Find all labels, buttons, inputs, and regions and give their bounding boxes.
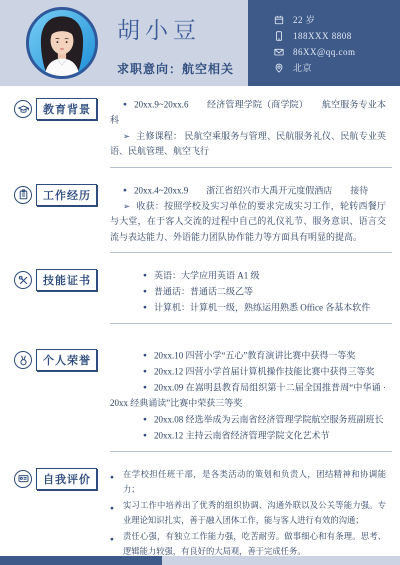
header: 胡小豆 求职意向：航空相关 22 岁 188XXX 8808	[0, 0, 400, 86]
bullet-dot: ●	[143, 384, 147, 391]
bullet-dot: ●	[110, 529, 123, 560]
clipboard-icon	[14, 186, 32, 204]
id-card-icon	[14, 470, 32, 488]
contact-age-text: 22 岁	[293, 13, 315, 26]
self-evaluation-item: ● 在学校担任班干部，是各类活动的策划和负责人，团结精神和协调能力；	[110, 467, 386, 498]
contact-email: 86XX@qq.com	[274, 45, 400, 58]
footer-bar-dark-segment	[0, 556, 162, 565]
work-item-text: 收获：按照学校及实习单位的要求完成实习工作，轮转西餐厅与大堂，在于客人交流的过程…	[110, 201, 386, 242]
honors-item-text: 20xx.12 四营小学首届计算机操作技能比赛中获得三等奖	[154, 367, 375, 377]
location-icon	[274, 63, 284, 73]
skills-heading: 技能证书	[14, 269, 110, 291]
self-evaluation-item-text: 责任心强，有独立工作能力强，吃苦耐劳。做事细心和有条理。思考、逻辑能力较强，有良…	[123, 529, 386, 560]
honors-item-text: 20xx.10 四营小学“五心”教育演讲比赛中获得一等奖	[154, 351, 356, 361]
education-content: ●20xx.9~20xx.6 经济管理学院（商学院） 航空服务专业本科 ➢主修课…	[110, 97, 392, 168]
contact-phone-text: 188XXX 8808	[293, 31, 352, 41]
bullet-dot: ●	[143, 288, 147, 295]
crossed-tools-icon	[14, 271, 32, 289]
bullet-arrow: ➢	[123, 131, 130, 141]
section-education: 教育背景 ●20xx.9~20xx.6 经济管理学院（商学院） 航空服务专业本科…	[14, 97, 392, 183]
education-heading: 教育背景	[14, 98, 110, 120]
self-evaluation-heading: 自我评价	[14, 468, 110, 490]
honors-title: 个人荣誉	[36, 349, 97, 371]
self-evaluation-content: ● 在学校担任班干部，是各类活动的策划和负责人，团结精神和协调能力； ● 实习工…	[110, 467, 392, 560]
section-honors: 个人荣誉 ●20xx.10 四营小学“五心”教育演讲比赛中获得一等奖 ●20xx…	[14, 348, 392, 467]
contact-email-text: 86XX@qq.com	[293, 47, 356, 57]
honors-content: ●20xx.10 四营小学“五心”教育演讲比赛中获得一等奖 ●20xx.12 四…	[110, 348, 392, 452]
honors-heading: 个人荣誉	[14, 349, 110, 371]
self-evaluation-item: ● 实习工作中培养出了优秀的组织协调、沟通外联以及公关等能力强。专业理论知识扎实…	[110, 498, 386, 529]
phone-icon	[274, 31, 284, 41]
contact-location-text: 北京	[293, 61, 312, 74]
candidate-name: 胡小豆	[117, 12, 201, 45]
resume-body: 教育背景 ●20xx.9~20xx.6 经济管理学院（商学院） 航空服务专业本科…	[0, 86, 400, 560]
contact-location: 北京	[274, 61, 400, 74]
contact-phone: 188XXX 8808	[274, 29, 400, 42]
contact-age: 22 岁	[274, 13, 400, 26]
work-item-text: 20xx.4~20xx.9 浙江省绍兴市大禹开元度假酒店 接待	[134, 185, 368, 195]
honors-item-text: 20xx.08 经选举成为云南省经济管理学院航空服务班副班长	[154, 414, 384, 424]
skills-item-text: 英语：大学应用英语 A1 级	[154, 271, 260, 281]
education-title: 教育背景	[36, 98, 97, 120]
job-intention: 求职意向：航空相关	[117, 60, 234, 77]
bullet-dot: ●	[143, 272, 147, 279]
bullet-dot: ●	[143, 416, 147, 423]
honors-item-text: 20xx.12 主持云南省经济管理学院文化艺术节	[154, 430, 330, 440]
bullet-dot: ●	[143, 352, 147, 359]
honors-item: ●20xx.12 主持云南省经济管理学院文化艺术节	[110, 428, 386, 444]
bullet-dot: ●	[110, 467, 123, 498]
footer-bar-light-segment	[162, 556, 400, 565]
mail-icon	[274, 47, 284, 57]
calendar-icon	[274, 15, 284, 25]
graduation-cap-icon	[14, 100, 32, 118]
self-evaluation-item-text: 实习工作中培养出了优秀的组织协调、沟通外联以及公关等能力强。专业理论知识扎实，善…	[123, 498, 386, 529]
honors-item-text: 20xx.09 在嵩明县教育局组织第十二届全国推普周“中华诵 · 20xx 经典…	[110, 383, 386, 409]
bullet-dot: ●	[123, 101, 127, 108]
bullet-arrow: ➢	[123, 201, 130, 211]
education-item-text: 20xx.9~20xx.6 经济管理学院（商学院） 航空服务专业本科	[110, 100, 386, 126]
education-item: ●20xx.9~20xx.6 经济管理学院（商学院） 航空服务专业本科	[110, 97, 386, 129]
work-heading: 工作经历	[14, 184, 110, 206]
education-item: ➢主修课程： 民航空乘服务与管理、民航服务礼仪、民航专业英语、民航管理、航空飞行	[110, 129, 386, 160]
header-left-panel: 胡小豆 求职意向：航空相关	[0, 0, 248, 86]
bullet-dot: ●	[110, 498, 123, 529]
honors-item: ●20xx.10 四营小学“五心”教育演讲比赛中获得一等奖	[110, 348, 386, 364]
skills-title: 技能证书	[36, 269, 97, 291]
skills-item-text: 普通话：普通话二级乙等	[154, 287, 253, 297]
contact-panel: 22 岁 188XXX 8808 86XX@qq.com 北京	[248, 0, 400, 86]
honors-item: ●20xx.12 四营小学首届计算机操作技能比赛中获得三等奖	[110, 364, 386, 380]
skills-item: ●计算机：计算机一级，熟练运用熟悉 Office 各基本软件	[110, 300, 386, 316]
bullet-dot: ●	[143, 304, 147, 311]
avatar-illustration	[29, 10, 95, 76]
work-item: ➢收获：按照学校及实习单位的要求完成实习工作，轮转西餐厅与大堂，在于客人交流的过…	[110, 199, 386, 246]
section-skills: 技能证书 ●英语：大学应用英语 A1 级 ●普通话：普通话二级乙等 ●计算机：计…	[14, 268, 392, 348]
self-evaluation-title: 自我评价	[36, 468, 97, 490]
self-evaluation-item: ● 责任心强，有独立工作能力强，吃苦耐劳。做事细心和有条理。思考、逻辑能力较强，…	[110, 529, 386, 560]
skills-item: ●普通话：普通话二级乙等	[110, 284, 386, 300]
footer-bar	[0, 556, 400, 565]
skills-content: ●英语：大学应用英语 A1 级 ●普通话：普通话二级乙等 ●计算机：计算机一级，…	[110, 268, 392, 324]
skills-item: ●英语：大学应用英语 A1 级	[110, 268, 386, 284]
section-self-evaluation: 自我评价 ● 在学校担任班干部，是各类活动的策划和负责人，团结精神和协调能力； …	[14, 467, 392, 560]
honors-item: ●20xx.09 在嵩明县教育局组织第十二届全国推普周“中华诵 · 20xx 经…	[110, 380, 386, 412]
honors-item: ●20xx.08 经选举成为云南省经济管理学院航空服务班副班长	[110, 412, 386, 428]
work-item: ●20xx.4~20xx.9 浙江省绍兴市大禹开元度假酒店 接待	[110, 183, 386, 199]
bullet-dot: ●	[143, 368, 147, 375]
avatar	[26, 7, 98, 79]
section-work: 工作经历 ●20xx.4~20xx.9 浙江省绍兴市大禹开元度假酒店 接待 ➢收…	[14, 183, 392, 269]
bullet-dot: ●	[143, 432, 147, 439]
resume-page: 胡小豆 求职意向：航空相关 22 岁 188XXX 8808	[0, 0, 400, 565]
work-title: 工作经历	[36, 184, 97, 206]
medal-icon	[14, 351, 32, 369]
skills-item-text: 计算机：计算机一级，熟练运用熟悉 Office 各基本软件	[154, 303, 370, 313]
bullet-dot: ●	[123, 187, 127, 194]
work-content: ●20xx.4~20xx.9 浙江省绍兴市大禹开元度假酒店 接待 ➢收获：按照学…	[110, 183, 392, 254]
self-evaluation-item-text: 在学校担任班干部，是各类活动的策划和负责人，团结精神和协调能力；	[123, 467, 386, 498]
education-item-text: 主修课程： 民航空乘服务与管理、民航服务礼仪、民航专业英语、民航管理、航空飞行	[110, 131, 386, 157]
